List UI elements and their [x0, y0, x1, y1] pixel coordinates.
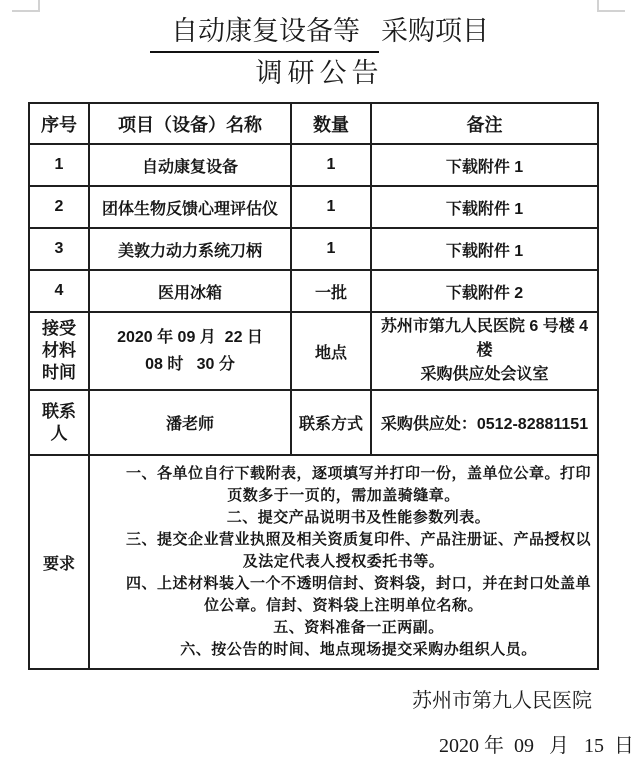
- requirement-item: 六、按公告的时间、地点现场提交采购办组织人员。: [94, 639, 593, 661]
- contact-name: 潘老师: [89, 390, 291, 455]
- title-line-1: 自动康复设备等采购项目: [0, 12, 639, 53]
- item-name: 团体生物反馈心理评估仪: [89, 186, 291, 228]
- table-row: 2 团体生物反馈心理评估仪 1 下载附件 1: [29, 186, 598, 228]
- document-title: 自动康复设备等采购项目 调研公告: [0, 12, 639, 93]
- requirements-label: 要求: [29, 455, 89, 669]
- header-qty: 数量: [291, 103, 371, 144]
- place-value: 苏州市第九人民医院 6 号楼 4 楼 采购供应处会议室: [376, 315, 593, 387]
- item-name: 医用冰箱: [89, 270, 291, 312]
- table-row: 4 医用冰箱 一批 下载附件 2: [29, 270, 598, 312]
- contact-label: 联系人: [40, 401, 78, 445]
- download-attachment-link[interactable]: 下载附件 1: [371, 144, 598, 186]
- requirement-item: 一、各单位自行下载附表，逐项填写并打印一份，盖单位公章。打印页数多于一页的，需加…: [94, 463, 593, 507]
- issuer-organization: 苏州市第九人民医院: [412, 684, 592, 713]
- title-suffix: 采购项目: [381, 16, 489, 46]
- download-attachment-link[interactable]: 下载附件 1: [371, 186, 598, 228]
- accept-material-row: 接受材料时间 2020 年 09 月 22 日 08 时 30 分 地点 苏州市…: [29, 312, 598, 390]
- requirement-item: 四、上述材料装入一个不透明信封、资料袋，封口，并在封口处盖单位公章。信封、资料袋…: [94, 573, 593, 617]
- item-no: 2: [29, 186, 89, 228]
- issue-date: 2020 年 09 月 15 日: [439, 729, 634, 758]
- header-note: 备注: [371, 103, 598, 144]
- contact-row: 联系人 潘老师 联系方式 采购供应处：0512-82881151: [29, 390, 598, 455]
- header-name: 项目（设备）名称: [89, 103, 291, 144]
- contact-method-label: 联系方式: [291, 390, 371, 455]
- procurement-table: 序号 项目（设备）名称 数量 备注 1 自动康复设备 1 下载附件 1 2 团体…: [28, 102, 599, 670]
- place-label: 地点: [291, 312, 371, 390]
- requirements-content: 一、各单位自行下载附表，逐项填写并打印一份，盖单位公章。打印页数多于一页的，需加…: [89, 455, 598, 669]
- requirements-row: 要求 一、各单位自行下载附表，逐项填写并打印一份，盖单位公章。打印页数多于一页的…: [29, 455, 598, 669]
- download-attachment-link[interactable]: 下载附件 2: [371, 270, 598, 312]
- table-row: 3 美敦力动力系统刀柄 1 下载附件 1: [29, 228, 598, 270]
- item-name: 美敦力动力系统刀柄: [89, 228, 291, 270]
- item-qty: 1: [291, 228, 371, 270]
- place-line-1: 苏州市第九人民医院 6 号楼 4 楼: [376, 315, 593, 363]
- header-no: 序号: [29, 103, 89, 144]
- title-line-2: 调研公告: [0, 53, 639, 93]
- requirement-item: 三、提交企业营业执照及相关资质复印件、产品注册证、产品授权以及法定代表人授权委托…: [94, 529, 593, 573]
- item-name: 自动康复设备: [89, 144, 291, 186]
- accept-time-label: 接受材料时间: [40, 318, 78, 384]
- place-line-2: 采购供应处会议室: [376, 363, 593, 387]
- item-qty: 1: [291, 144, 371, 186]
- item-no: 4: [29, 270, 89, 312]
- page-corner-mark-left: [12, 0, 40, 12]
- item-no: 1: [29, 144, 89, 186]
- page-corner-mark-right: [597, 0, 625, 12]
- table-row: 1 自动康复设备 1 下载附件 1: [29, 144, 598, 186]
- accept-datetime-value: 2020 年 09 月 22 日 08 时 30 分: [94, 324, 286, 378]
- title-project-name: 自动康复设备等: [150, 12, 379, 53]
- contact-method-value: 采购供应处：0512-82881151: [371, 390, 598, 455]
- download-attachment-link[interactable]: 下载附件 1: [371, 228, 598, 270]
- requirement-item: 二、提交产品说明书及性能参数列表。: [94, 507, 593, 529]
- item-qty: 一批: [291, 270, 371, 312]
- item-no: 3: [29, 228, 89, 270]
- requirement-item: 五、资料准备一正两副。: [94, 617, 593, 639]
- table-header-row: 序号 项目（设备）名称 数量 备注: [29, 103, 598, 144]
- item-qty: 1: [291, 186, 371, 228]
